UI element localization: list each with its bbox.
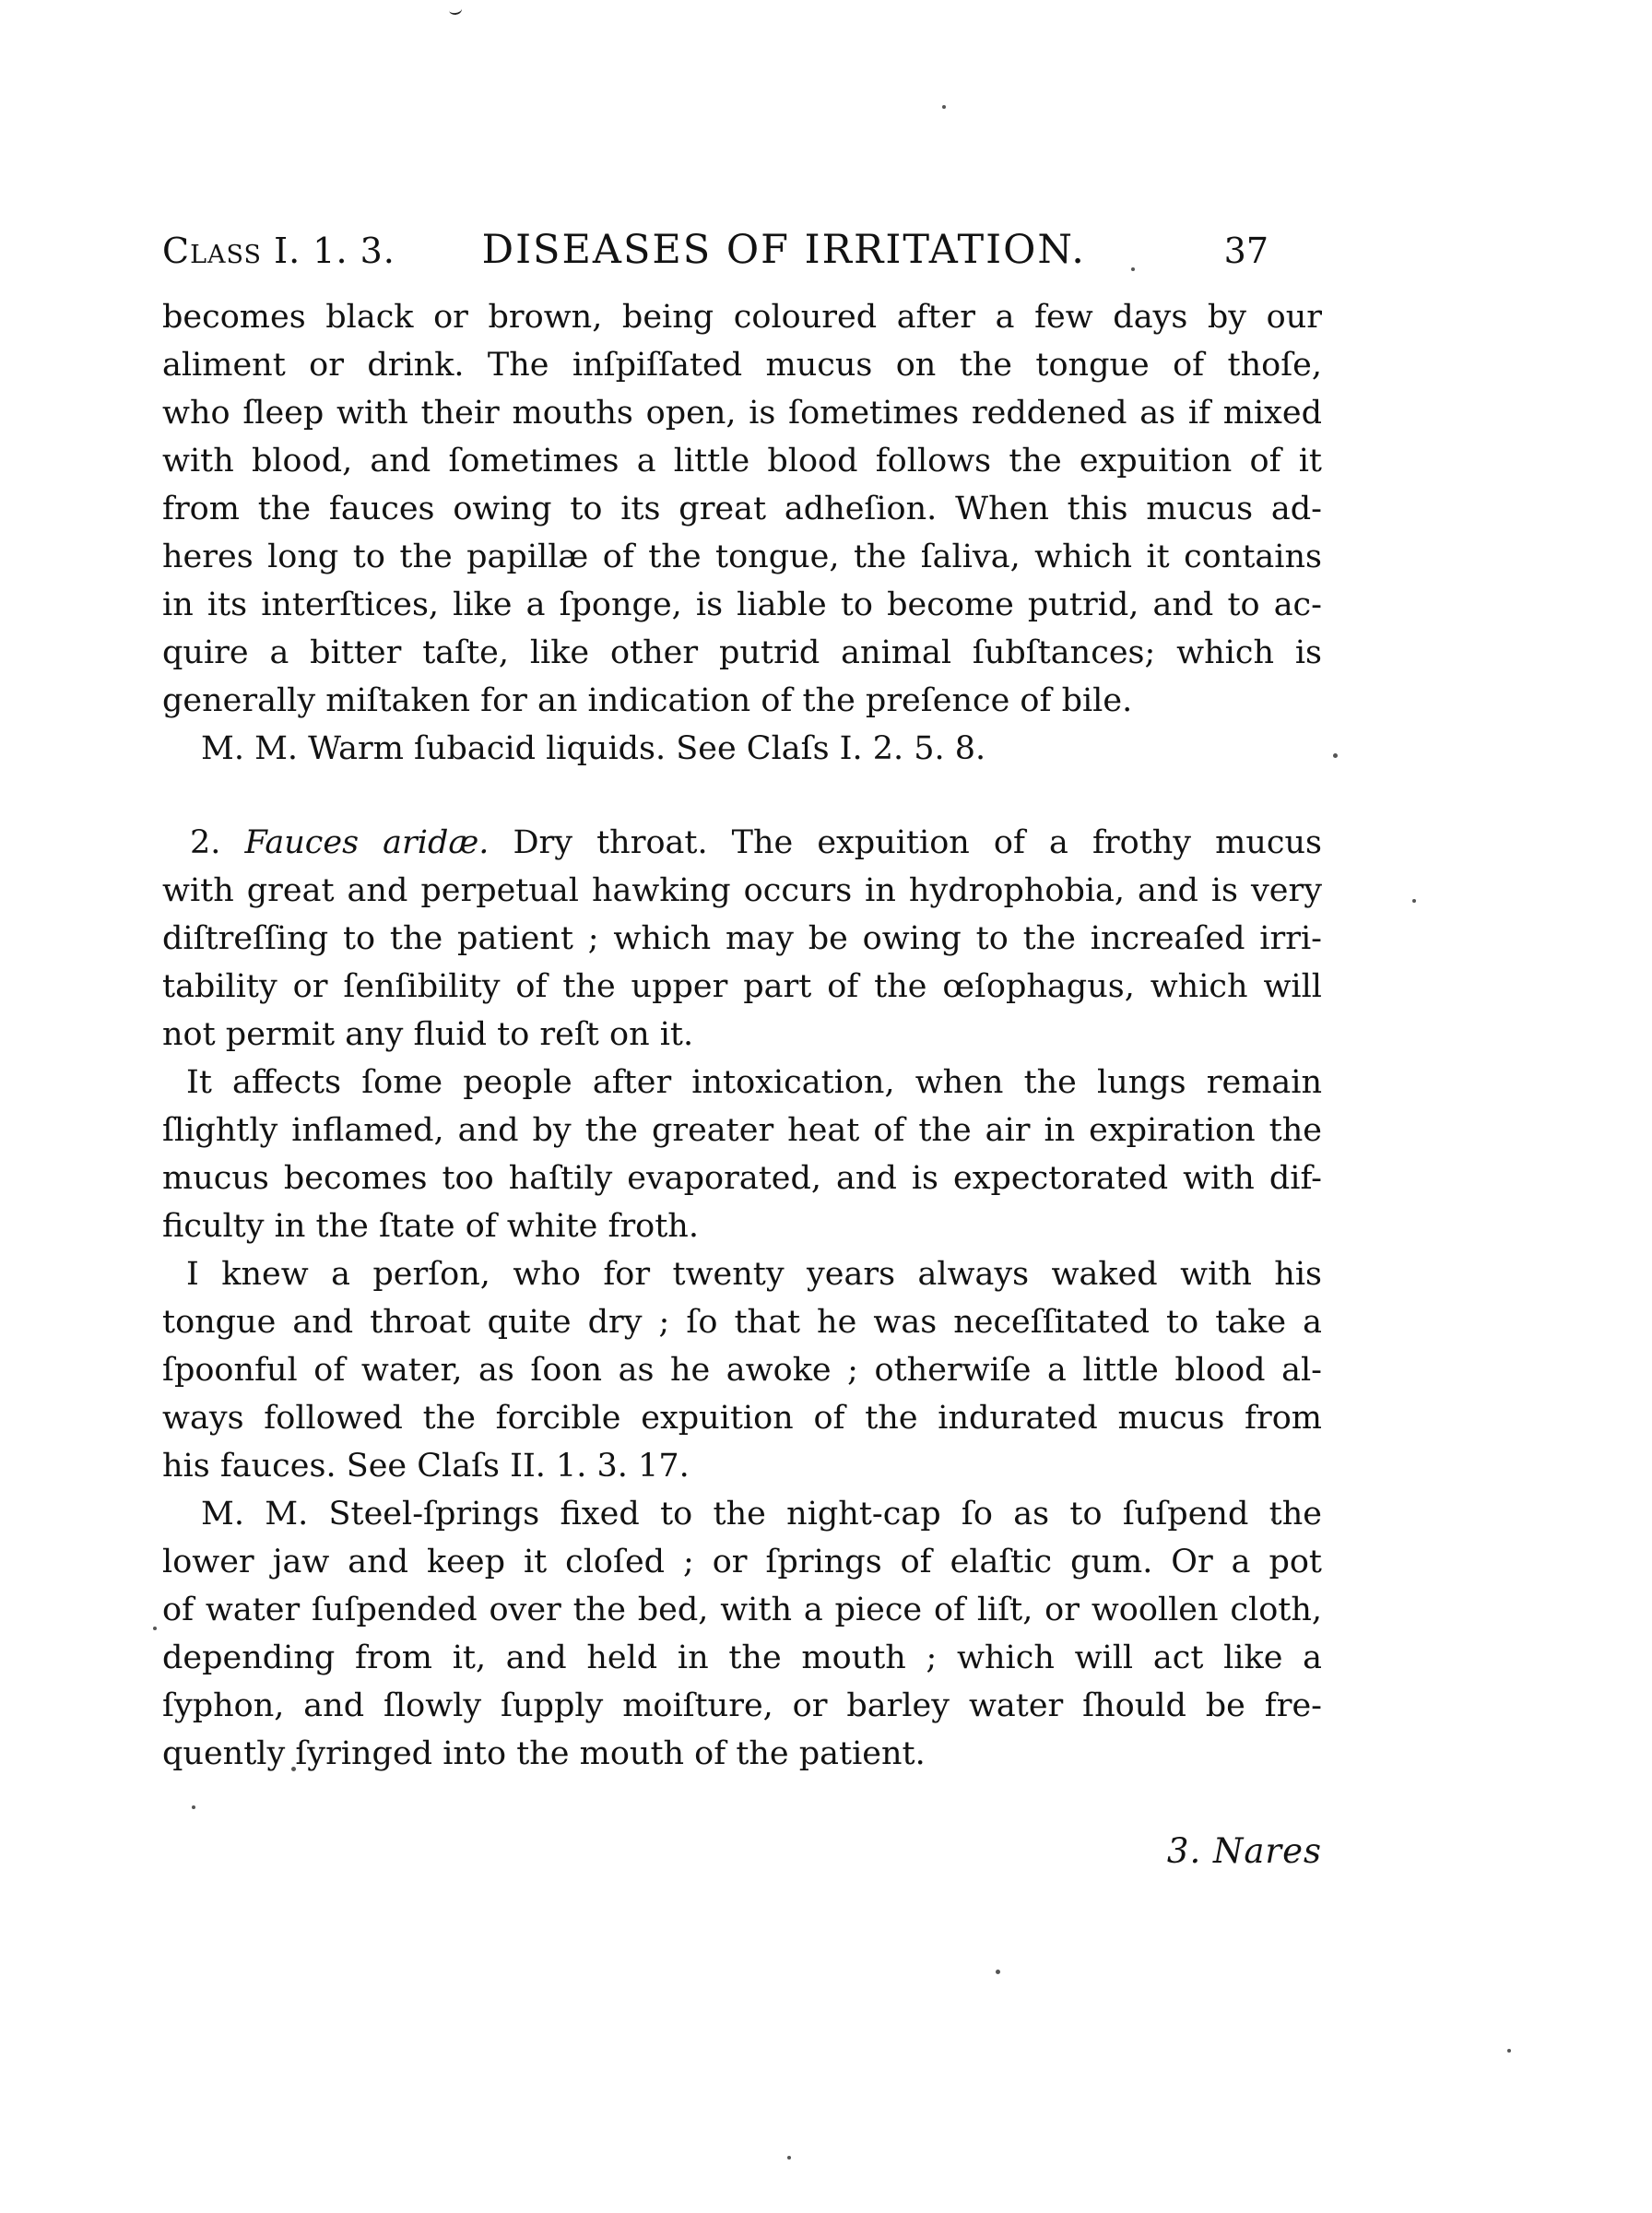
text-segment: depending from it, and held in the mouth…: [162, 1639, 1322, 1676]
scan-speck: [1131, 267, 1135, 271]
text-line: depending from it, and held in the mouth…: [162, 1634, 1322, 1682]
text-segment: with blood, and ſometimes a little blood…: [162, 443, 1322, 479]
paragraph-i-knew-a-person: I knew a perſon, who for twenty years al…: [162, 1250, 1322, 1490]
scan-mark: [448, 4, 462, 16]
text-line: I knew a perſon, who for twenty years al…: [162, 1250, 1322, 1298]
text-segment: his fauces. See Claſs II. 1. 3. 17.: [162, 1448, 690, 1485]
text-line: quire a bitter taſte, like other putrid …: [162, 629, 1322, 677]
page-number: 37: [1224, 231, 1322, 271]
text-line: M. M. Steel-ſprings fixed to the night-c…: [162, 1490, 1322, 1538]
text-segment: heres long to the papillæ of the tongue,…: [162, 538, 1322, 575]
page-header: Class I. 1. 3. DISEASES OF IRRITATION. 3…: [162, 227, 1322, 273]
text-segment: ways followed the forcible expuition of …: [162, 1400, 1322, 1437]
scan-speck: [1271, 1518, 1275, 1521]
text-segment: 2.: [190, 824, 244, 861]
text-line: generally miſtaken for an indication of …: [162, 677, 1322, 725]
text-segment: I knew a perſon, who for twenty years al…: [186, 1256, 1322, 1293]
text-line: heres long to the papillæ of the tongue,…: [162, 533, 1322, 581]
paragraph-intoxication: It affects ſome people after intoxicatio…: [162, 1059, 1322, 1250]
text-line: aliment or drink. The inſpiſſated mucus …: [162, 341, 1322, 389]
text-segment: from the fauces owing to its great adheſ…: [162, 491, 1322, 527]
text-line: in its interſtices, like a ſponge, is li…: [162, 581, 1322, 629]
text-line: ficulty in the ſtate of white froth.: [162, 1202, 1322, 1250]
text-line: tongue and throat quite dry ; ſo that he…: [162, 1298, 1322, 1346]
text-segment: ſpoonful of water, as ſoon as he awoke ;…: [162, 1352, 1322, 1389]
book-page-scan: Class I. 1. 3. DISEASES OF IRRITATION. 3…: [0, 0, 1652, 2213]
text-segment: M. M. Warm ſubacid liquids. See Claſs I.…: [201, 730, 985, 767]
paragraph-fauces-aridae: 2. Fauces aridæ. Dry throat. The expuiti…: [162, 819, 1322, 1059]
running-title: DISEASES OF IRRITATION.: [370, 227, 1198, 273]
text-segment: tongue and throat quite dry ; ſo that he…: [162, 1304, 1322, 1341]
text-line: his fauces. See Claſs II. 1. 3. 17.: [162, 1442, 1322, 1490]
text-segment: generally miſtaken for an indication of …: [162, 682, 1132, 719]
text-line: ſyphon, and ſlowly ſupply moiſture, or b…: [162, 1682, 1322, 1730]
text-block: becomes black or brown, being coloured a…: [162, 293, 1322, 1778]
scan-speck: [192, 1805, 195, 1809]
text-segment: Dry throat. The expuition of a frothy mu…: [489, 824, 1322, 861]
text-line: lower jaw and keep it cloſed ; or ſpring…: [162, 1538, 1322, 1586]
scan-speck: [1412, 899, 1416, 903]
text-line: not permit any fluid to reſt on it.: [162, 1011, 1322, 1059]
text-line: ſlightly inflamed, and by the greater he…: [162, 1106, 1322, 1154]
scan-speck: [1333, 753, 1338, 758]
paragraph-mm-steel-springs: M. M. Steel-ſprings fixed to the night-c…: [162, 1490, 1322, 1778]
section-label: Class I. 1. 3.: [162, 231, 395, 271]
scan-speck: [153, 1627, 157, 1630]
scan-speck: [787, 2156, 791, 2160]
scan-speck: [996, 1970, 1000, 1974]
text-line: quently ſyringed into the mouth of the p…: [162, 1730, 1322, 1778]
text-segment: quently ſyringed into the mouth of the p…: [162, 1735, 926, 1772]
text-line: tability or ſenſibility of the upper par…: [162, 963, 1322, 1011]
text-segment: in its interſtices, like a ſponge, is li…: [162, 586, 1322, 623]
text-segment: diſtreſſing to the patient ; which may b…: [162, 920, 1322, 957]
text-line: ways followed the forcible expuition of …: [162, 1394, 1322, 1442]
text-line: diſtreſſing to the patient ; which may b…: [162, 915, 1322, 963]
text-segment: quire a bitter taſte, like other putrid …: [162, 634, 1322, 671]
text-segment: M. M. Steel-ſprings fixed to the night-c…: [201, 1496, 1322, 1533]
italic-text: Fauces aridæ.: [244, 824, 489, 861]
scan-speck: [942, 105, 946, 109]
text-line: 2. Fauces aridæ. Dry throat. The expuiti…: [162, 819, 1322, 867]
text-line: mucus becomes too haſtily evaporated, an…: [162, 1154, 1322, 1202]
text-line: of water ſuſpended over the bed, with a …: [162, 1586, 1322, 1634]
text-segment: mucus becomes too haſtily evaporated, an…: [162, 1160, 1322, 1197]
text-line: ſpoonful of water, as ſoon as he awoke ;…: [162, 1346, 1322, 1394]
text-line: with great and perpetual hawking occurs …: [162, 867, 1322, 915]
catchword: 3. Nares: [1167, 1831, 1322, 1871]
text-segment: becomes black or brown, being coloured a…: [162, 299, 1322, 336]
text-segment: lower jaw and keep it cloſed ; or ſpring…: [162, 1544, 1322, 1580]
text-line: It affects ſome people after intoxicatio…: [162, 1059, 1322, 1106]
text-line: from the fauces owing to its great adheſ…: [162, 485, 1322, 533]
text-line: with blood, and ſometimes a little blood…: [162, 437, 1322, 485]
text-segment: It affects ſome people after intoxicatio…: [186, 1064, 1322, 1101]
text-segment: who ſleep with their mouths open, is ſom…: [162, 395, 1322, 432]
text-segment: not permit any fluid to reſt on it.: [162, 1016, 693, 1053]
text-line: becomes black or brown, being coloured a…: [162, 293, 1322, 341]
paragraph-mm-warm-liquids: M. M. Warm ſubacid liquids. See Claſs I.…: [162, 725, 1322, 773]
scan-speck: [291, 1767, 296, 1771]
text-segment: aliment or drink. The inſpiſſated mucus …: [162, 347, 1322, 384]
text-segment: ſlightly inflamed, and by the greater he…: [162, 1112, 1322, 1149]
text-segment: tability or ſenſibility of the upper par…: [162, 968, 1322, 1005]
text-line: who ſleep with their mouths open, is ſom…: [162, 389, 1322, 437]
scan-speck: [1507, 2049, 1511, 2053]
text-segment: of water ſuſpended over the bed, with a …: [162, 1592, 1322, 1628]
paragraph-tongue-mucus: becomes black or brown, being coloured a…: [162, 293, 1322, 725]
text-segment: with great and perpetual hawking occurs …: [162, 872, 1322, 909]
text-segment: ficulty in the ſtate of white froth.: [162, 1208, 699, 1245]
text-segment: ſyphon, and ſlowly ſupply moiſture, or b…: [162, 1687, 1322, 1724]
text-line: M. M. Warm ſubacid liquids. See Claſs I.…: [162, 725, 1322, 773]
